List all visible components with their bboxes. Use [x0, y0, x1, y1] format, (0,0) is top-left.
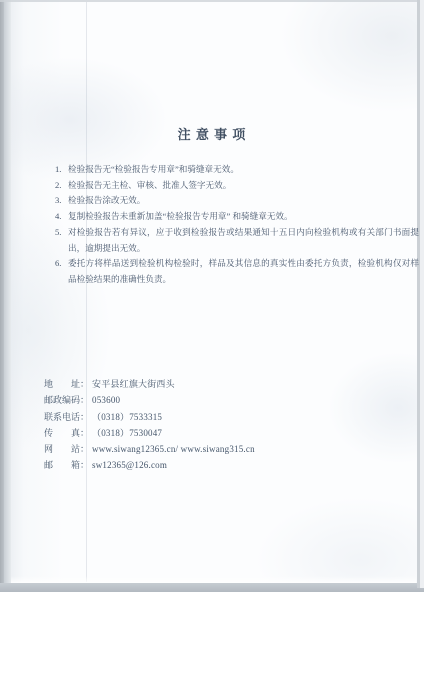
notice-number: 6.	[55, 256, 68, 272]
notice-number: 1.	[55, 162, 68, 178]
notice-item: 2. 检验报告无主检、审核、批准人签字无效。	[55, 178, 419, 194]
contact-label: 传 真：	[44, 425, 89, 441]
contact-row-website: 网 站： www.siwang12365.cn/ www.siwang315.c…	[44, 441, 374, 457]
notice-text: 检验报告无主检、审核、批准人签字无效。	[68, 178, 419, 194]
contact-row-phone: 联系电话： （0318）7533315	[44, 409, 374, 425]
page-title: 注 意 事 项	[0, 124, 424, 143]
notice-text: 检验报告无“检验报告专用章”和骑缝章无效。	[68, 162, 419, 178]
notice-number: 4.	[55, 209, 68, 225]
contact-value: www.siwang12365.cn/ www.siwang315.cn	[92, 441, 255, 457]
notice-item: 4. 复制检验报告未重新加盖“检验报告专用章” 和骑缝章无效。	[55, 209, 419, 225]
contact-row-email: 邮 箱： sw12365@126.com	[44, 457, 374, 473]
page-fold-line	[86, 2, 87, 582]
contact-label: 邮政编码：	[44, 392, 89, 408]
page-edge-left-inner	[4, 0, 11, 592]
notice-text: 对检验报告若有异议，应于收到检验报告或结果通知十五日内向检验机构或有关部门书面提…	[68, 225, 419, 256]
page-bottom-highlight	[11, 576, 416, 583]
scanned-document-screen: 注 意 事 项 1. 检验报告无“检验报告专用章”和骑缝章无效。 2. 检验报告…	[0, 0, 424, 700]
contact-value: （0318）7530047	[92, 425, 162, 441]
notice-item: 6. 委托方将样品送到检验机构检验时，样品及其信息的真实性由委托方负责，检验机构…	[55, 256, 419, 287]
notice-number: 5.	[55, 225, 68, 241]
contact-label: 网 站：	[44, 441, 89, 457]
contact-value: （0318）7533315	[92, 409, 162, 425]
contact-label: 地 址：	[44, 376, 89, 392]
notice-item: 5. 对检验报告若有异议，应于收到检验报告或结果通知十五日内向检验机构或有关部门…	[55, 225, 419, 256]
contact-label: 联系电话：	[44, 409, 89, 425]
page-edge-top	[0, 0, 424, 2]
notice-item: 3. 检验报告涂改无效。	[55, 193, 419, 209]
notice-number: 3.	[55, 193, 68, 209]
contact-label: 邮 箱：	[44, 457, 89, 473]
notice-item: 1. 检验报告无“检验报告专用章”和骑缝章无效。	[55, 162, 419, 178]
contact-value: 053600	[92, 392, 120, 408]
contact-value: 安平县红旗大街西头	[92, 376, 175, 392]
contact-row-address: 地 址： 安平县红旗大街西头	[44, 376, 374, 392]
notice-text: 检验报告涂改无效。	[68, 193, 419, 209]
scan-page: 注 意 事 项 1. 检验报告无“检验报告专用章”和骑缝章无效。 2. 检验报告…	[0, 0, 424, 592]
notice-text: 委托方将样品送到检验机构检验时，样品及其信息的真实性由委托方负责，检验机构仅对样…	[68, 256, 419, 287]
contact-value: sw12365@126.com	[92, 457, 167, 473]
notice-text: 复制检验报告未重新加盖“检验报告专用章” 和骑缝章无效。	[68, 209, 419, 225]
contact-row-postal-code: 邮政编码： 053600	[44, 392, 374, 408]
contact-block: 地 址： 安平县红旗大街西头 邮政编码： 053600 联系电话： （0318）…	[44, 376, 374, 474]
contact-row-fax: 传 真： （0318）7530047	[44, 425, 374, 441]
notice-list: 1. 检验报告无“检验报告专用章”和骑缝章无效。 2. 检验报告无主检、审核、批…	[55, 162, 419, 288]
page-edge-bottom	[0, 583, 424, 592]
page-edge-right-outer	[420, 0, 424, 588]
notice-number: 2.	[55, 178, 68, 194]
